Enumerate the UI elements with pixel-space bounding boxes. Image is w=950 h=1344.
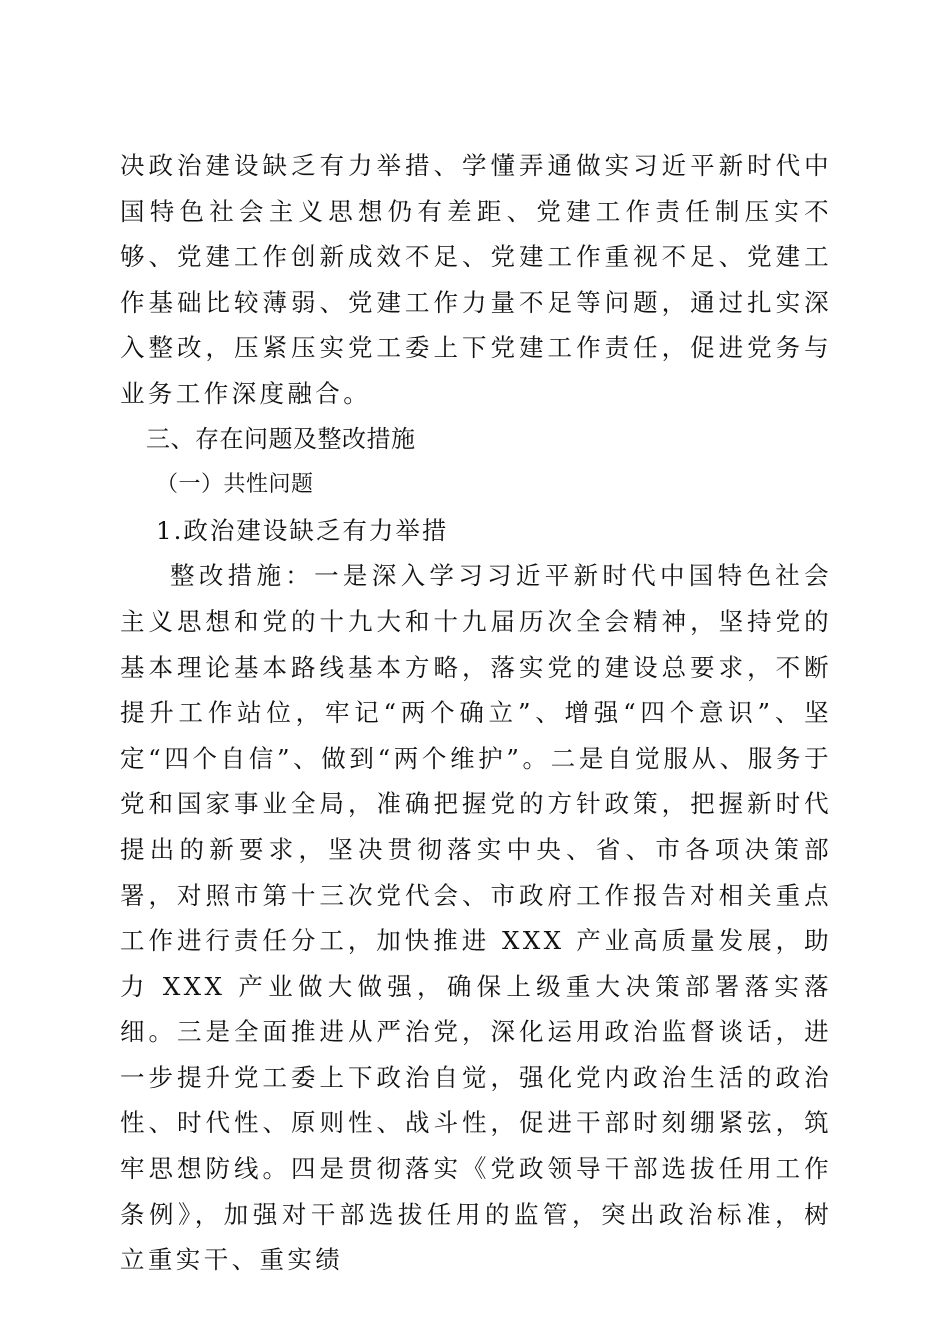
document-body: 决政治建设缺乏有力举措、学懂弄通做实习近平新时代中国特色社会主义思想仍有差距、党… xyxy=(120,143,832,1283)
body-paragraph-continued: 决政治建设缺乏有力举措、学懂弄通做实习近平新时代中国特色社会主义思想仍有差距、党… xyxy=(120,143,832,417)
rectification-measures-paragraph: 整改措施：一是深入学习习近平新时代中国特色社会主义思想和党的十九大和十九届历次全… xyxy=(120,553,832,1283)
document-page: 决政治建设缺乏有力举措、学懂弄通做实习近平新时代中国特色社会主义思想仍有差距、党… xyxy=(0,0,950,1344)
section-heading-3: 三、存在问题及整改措施 xyxy=(120,417,832,463)
subsection-heading-common-issues: （一）共性问题 xyxy=(120,462,832,508)
item-heading-1: 1.政治建设缺乏有力举措 xyxy=(120,508,832,554)
